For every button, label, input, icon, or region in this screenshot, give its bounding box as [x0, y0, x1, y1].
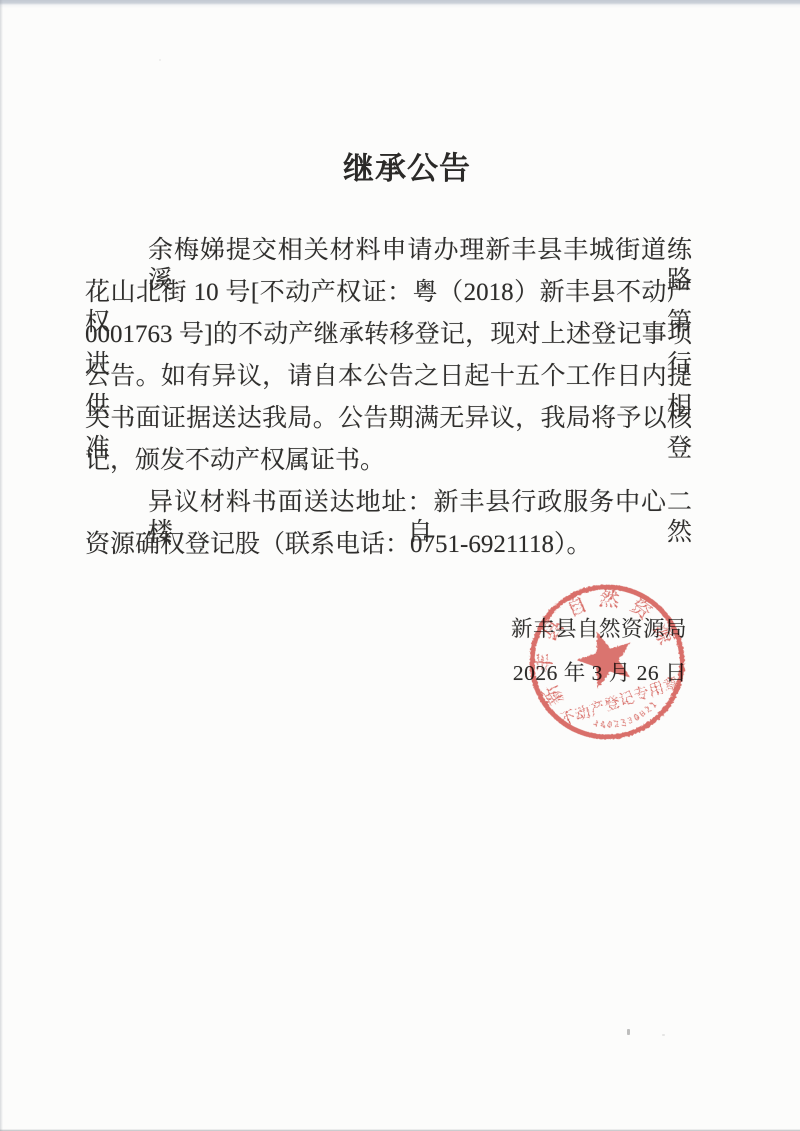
- scan-edge-top: [0, 0, 800, 8]
- signature-organization: 新丰县自然资源局: [511, 612, 687, 643]
- body-line-6: 记，颁发不动产权属证书。: [85, 446, 385, 476]
- scan-speck: [662, 1034, 665, 1036]
- scanned-document-page: { "document": { "title": "继承公告", "body":…: [0, 0, 800, 1131]
- signature-date: 2026 年 3 月 26 日: [513, 656, 687, 687]
- document-title: 继承公告: [0, 143, 800, 188]
- scan-speck: [627, 1029, 630, 1035]
- body-line-8: 资源确权登记股（联系电话：0751-6921118）。: [85, 530, 591, 560]
- scan-speck: [159, 59, 161, 61]
- seal-arc-text: 新丰县自然资源局: [512, 567, 686, 721]
